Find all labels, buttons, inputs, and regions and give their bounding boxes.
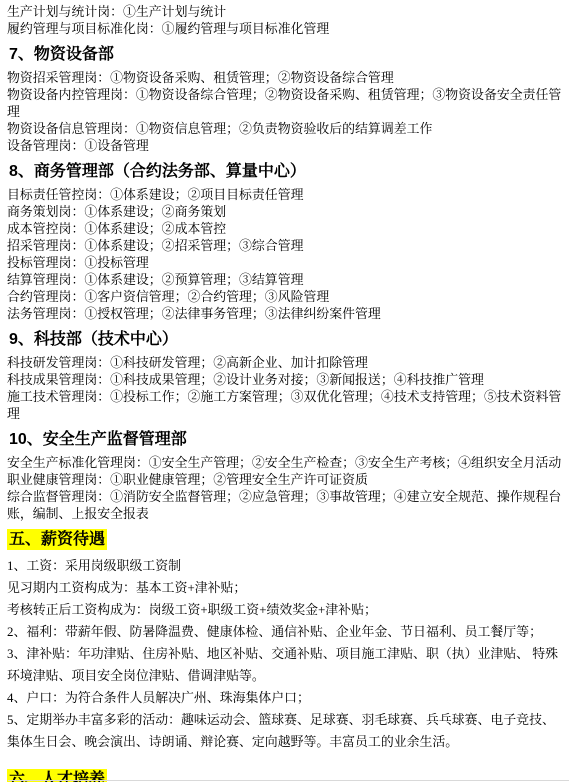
section-lines: 科技研发管理岗：①科技研发管理；②高新企业、加计扣除管理科技成果管理岗：①科技成… — [7, 355, 562, 423]
job-post-line: 2、福利：带薪年假、防暑降温费、健康体检、通信补贴、企业年金、节日福利、员工餐厅… — [7, 621, 562, 643]
job-post-line: 综合监督管理岗：①消防安全监督管理；②应急管理；③事故管理；④建立安全规范、操作… — [7, 489, 562, 523]
job-post-line: 成本管控岗：①体系建设；②成本管控 — [7, 221, 562, 238]
job-post-line: 安全生产标准化管理岗：①安全生产管理；②安全生产检查；③安全生产考核；④组织安全… — [7, 455, 562, 472]
job-post-line: 物资招采管理岗：①物资设备采购、租赁管理；②物资设备综合管理 — [7, 70, 562, 87]
section-heading-row: 8、商务管理部（合约法务部、算量中心） — [7, 161, 562, 182]
section-2: 8、商务管理部（合约法务部、算量中心）目标责任管控岗：①体系建设；②项目目标责任… — [7, 161, 562, 323]
section-1: 7、物资设备部物资招采管理岗：①物资设备采购、租赁管理；②物资设备综合管理物资设… — [7, 44, 562, 155]
job-post-line: 结算管理岗：①体系建设；②预算管理；③结算管理 — [7, 272, 562, 289]
section-heading: 9、科技部（技术中心） — [7, 329, 180, 350]
document-page: 生产计划与统计岗：①生产计划与统计履约管理与项目标准化岗：①履约管理与项目标准化… — [0, 0, 569, 782]
job-post-line: 3、津补贴：年功津贴、住房补贴、地区补贴、交通补贴、项目施工津贴、职（执）业津贴… — [7, 643, 562, 687]
job-post-line: 商务策划岗：①体系建设；②商务策划 — [7, 204, 562, 221]
section-heading: 7、物资设备部 — [7, 44, 116, 65]
section-heading: 8、商务管理部（合约法务部、算量中心） — [7, 161, 308, 182]
section-heading-row: 9、科技部（技术中心） — [7, 329, 562, 350]
job-post-line: 法务管理岗：①授权管理；②法律事务管理；③法律纠纷案件管理 — [7, 306, 562, 323]
job-post-line: 物资设备信息管理岗：①物资信息管理；②负责物资验收后的结算调差工作 — [7, 121, 562, 138]
job-post-line: 1、工资：采用岗级职级工资制 — [7, 555, 562, 577]
job-post-line: 职业健康管理岗：①职业健康管理；②管理安全生产许可证资质 — [7, 472, 562, 489]
job-post-line: 物资设备内控管理岗：①物资设备综合管理；②物资设备采购、租赁管理；③物资设备安全… — [7, 87, 562, 121]
job-post-line: 合约管理岗：①客户资信管理；②合约管理；③风险管理 — [7, 289, 562, 306]
job-post-line: 科技成果管理岗：①科技成果管理；②设计业务对接；③新闻报送；④科技推广管理 — [7, 372, 562, 389]
job-post-line: 设备管理岗：①设备管理 — [7, 138, 562, 155]
job-post-line: 考核转正后工资构成为：岗级工资+职级工资+绩效奖金+津补贴； — [7, 599, 562, 621]
section-heading-row: 7、物资设备部 — [7, 44, 562, 65]
intro-line: 生产计划与统计岗：①生产计划与统计 — [7, 4, 562, 21]
section-lines: 1、工资：采用岗级职级工资制见习期内工资构成为：基本工资+津补贴；考核转正后工资… — [7, 555, 562, 753]
job-post-line: 招采管理岗：①体系建设；②招采管理；③综合管理 — [7, 238, 562, 255]
section-heading: 10、安全生产监督管理部 — [7, 429, 189, 450]
section-heading-row: 五、薪资待遇 — [7, 529, 562, 550]
section-heading: 五、薪资待遇 — [7, 529, 107, 550]
section-lines: 物资招采管理岗：①物资设备采购、租赁管理；②物资设备综合管理物资设备内控管理岗：… — [7, 70, 562, 155]
job-post-line: 目标责任管控岗：①体系建设；②项目目标责任管理 — [7, 187, 562, 204]
section-lines: 安全生产标准化管理岗：①安全生产管理；②安全生产检查；③安全生产考核；④组织安全… — [7, 455, 562, 523]
page-divider — [8, 780, 569, 781]
section-heading-row: 10、安全生产监督管理部 — [7, 429, 562, 450]
job-post-line: 施工技术管理岗：①投标工作；②施工方案管理；③双优化管理；④技术支持管理；⑤技术… — [7, 389, 562, 423]
intro-line: 履约管理与项目标准化岗：①履约管理与项目标准化管理 — [7, 21, 562, 38]
section-5: 五、薪资待遇1、工资：采用岗级职级工资制见习期内工资构成为：基本工资+津补贴；考… — [7, 529, 562, 753]
job-post-line: 见习期内工资构成为：基本工资+津补贴； — [7, 577, 562, 599]
job-post-line: 投标管理岗：①投标管理 — [7, 255, 562, 272]
job-post-line: 4、户口：为符合条件人员解决广州、珠海集体户口； — [7, 687, 562, 709]
document-sections: 7、物资设备部物资招采管理岗：①物资设备采购、租赁管理；②物资设备综合管理物资设… — [7, 44, 562, 782]
section-3: 9、科技部（技术中心）科技研发管理岗：①科技研发管理；②高新企业、加计扣除管理科… — [7, 329, 562, 423]
job-post-line: 5、定期举办丰富多彩的活动：趣味运动会、篮球赛、足球赛、羽毛球赛、兵乓球赛、电子… — [7, 709, 562, 753]
section-lines: 目标责任管控岗：①体系建设；②项目目标责任管理商务策划岗：①体系建设；②商务策划… — [7, 187, 562, 323]
intro-paragraph: 生产计划与统计岗：①生产计划与统计履约管理与项目标准化岗：①履约管理与项目标准化… — [7, 4, 562, 38]
job-post-line: 科技研发管理岗：①科技研发管理；②高新企业、加计扣除管理 — [7, 355, 562, 372]
section-4: 10、安全生产监督管理部安全生产标准化管理岗：①安全生产管理；②安全生产检查；③… — [7, 429, 562, 523]
